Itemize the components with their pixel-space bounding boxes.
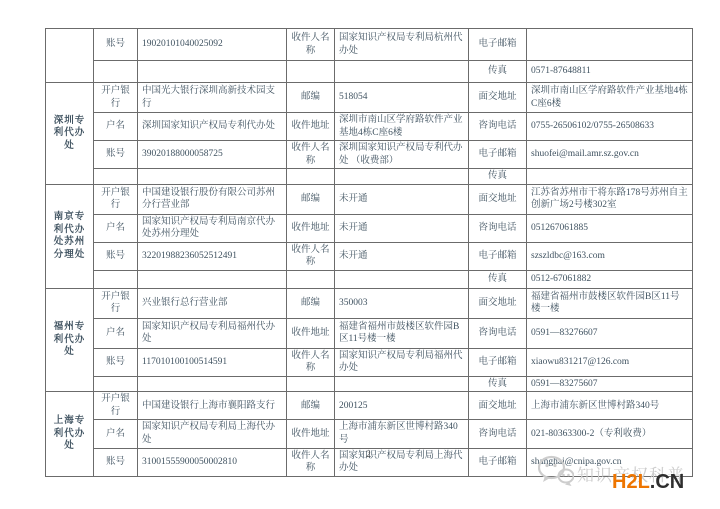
field-label-cell: 邮编 [287, 288, 335, 318]
field-label-cell [94, 61, 138, 83]
field-label-cell: 账号 [94, 141, 138, 169]
field-label-cell [94, 376, 138, 392]
field-label-cell: 开户银行 [94, 184, 138, 214]
field-label-cell [287, 169, 335, 185]
field-value-cell: szszldbc@163.com [527, 242, 693, 270]
field-value-cell: 中国建设银行上海市襄阳路支行 [138, 392, 287, 420]
field-label-cell: 账号 [94, 348, 138, 376]
field-value-cell: 117010100100514591 [138, 348, 287, 376]
field-value-cell: 350003 [335, 288, 469, 318]
field-label-cell: 收件地址 [287, 113, 335, 141]
brand-logo: H2L.CN [612, 471, 684, 494]
field-label-cell [94, 270, 138, 288]
field-value-cell: 0591—83275607 [527, 376, 693, 392]
field-value-cell: 深圳国家知识产权局专利代办处 [138, 113, 287, 141]
field-value-cell [335, 270, 469, 288]
office-name-cell [46, 29, 94, 83]
field-value-cell [138, 169, 287, 185]
field-value-cell: 0591—83276607 [527, 318, 693, 348]
field-label-cell: 咨询电话 [469, 214, 527, 242]
table-row: 户名国家知识产权局专利局福州代办处收件地址福建省福州市鼓楼区软件园B区11号楼一… [46, 318, 693, 348]
table-row: 福州专利代办处开户银行兴业银行总行营业部邮编350003面交地址福建省福州市鼓楼… [46, 288, 693, 318]
field-label-cell: 面交地址 [469, 392, 527, 420]
office-name-cell: 福州专利代办处 [46, 288, 94, 392]
table-row: 深圳专利代办处开户银行中国光大银行深圳高新技术园支行邮编518054面交地址深圳… [46, 83, 693, 113]
field-value-cell: 19020101040025092 [138, 29, 287, 61]
field-value-cell [138, 61, 287, 83]
field-label-cell: 收件地址 [287, 318, 335, 348]
patent-offices-table-body: 账号19020101040025092收件人名称国家知识产权局专利局杭州代办处电… [46, 29, 693, 477]
field-label-cell: 收件地址 [287, 420, 335, 448]
field-label-cell: 开户银行 [94, 83, 138, 113]
field-value-cell: xiaowu831217@126.com [527, 348, 693, 376]
field-label-cell: 咨询电话 [469, 113, 527, 141]
field-value-cell: 福建省福州市鼓楼区软件园B区11号楼一楼 [335, 318, 469, 348]
field-value-cell [335, 61, 469, 83]
field-value-cell: 518054 [335, 83, 469, 113]
field-value-cell: 国家知识产权局专利局福州代办处 [335, 348, 469, 376]
field-value-cell: 国家知识产权局专利局福州代办处 [138, 318, 287, 348]
field-label-cell: 账号 [94, 242, 138, 270]
wechat-icon [538, 455, 574, 492]
field-label-cell: 开户银行 [94, 392, 138, 420]
field-label-cell: 电子邮箱 [469, 348, 527, 376]
field-label-cell: 收件人名称 [287, 141, 335, 169]
field-label-cell: 面交地址 [469, 83, 527, 113]
table-row: 账号32201988236052512491收件人名称未开通电子邮箱szszld… [46, 242, 693, 270]
field-value-cell: 国家知识产权局专利局上海代办处 [138, 420, 287, 448]
field-value-cell: 中国建设银行股份有限公司苏州分行营业部 [138, 184, 287, 214]
table-row: 传真 [46, 169, 693, 185]
field-label-cell: 邮编 [287, 184, 335, 214]
field-label-cell: 传真 [469, 61, 527, 83]
field-label-cell [287, 61, 335, 83]
office-name-cell: 南京专利代办处苏州分理处 [46, 184, 94, 288]
field-value-cell [138, 270, 287, 288]
field-value-cell: 200125 [335, 392, 469, 420]
field-label-cell: 面交地址 [469, 184, 527, 214]
field-value-cell: 051267061885 [527, 214, 693, 242]
field-label-cell: 邮编 [287, 83, 335, 113]
table-row: 上海专利代办处开户银行中国建设银行上海市襄阳路支行邮编200125面交地址上海市… [46, 392, 693, 420]
field-value-cell: 深圳市南山区学府路软件产业基地4栋C座6楼 [335, 113, 469, 141]
field-label-cell: 电子邮箱 [469, 141, 527, 169]
table-row: 传真0512-67061882 [46, 270, 693, 288]
table-row: 账号117010100100514591收件人名称国家知识产权局专利局福州代办处… [46, 348, 693, 376]
field-label-cell: 收件地址 [287, 214, 335, 242]
field-label-cell [287, 376, 335, 392]
field-value-cell: 江苏省苏州市干将东路178号苏州自主创新广场2号楼302室 [527, 184, 693, 214]
table-row: 户名国家知识产权局专利局上海代办处收件地址上海市浦东新区世博村路340号咨询电话… [46, 420, 693, 448]
field-label-cell [94, 169, 138, 185]
field-value-cell: 0512-67061882 [527, 270, 693, 288]
field-value-cell: 国家知识产权局专利局杭州代办处 [335, 29, 469, 61]
field-label-cell: 户名 [94, 113, 138, 141]
field-label-cell: 咨询电话 [469, 318, 527, 348]
field-label-cell: 传真 [469, 376, 527, 392]
field-label-cell: 账号 [94, 29, 138, 61]
field-label-cell: 面交地址 [469, 288, 527, 318]
field-value-cell: 0571-87648811 [527, 61, 693, 83]
field-label-cell: 开户银行 [94, 288, 138, 318]
office-name-cell: 上海专利代办处 [46, 392, 94, 476]
field-label-cell: 传真 [469, 270, 527, 288]
patent-offices-table: 账号19020101040025092收件人名称国家知识产权局专利局杭州代办处电… [45, 28, 693, 477]
watermark: 知识产权科普 H2L.CN [538, 455, 708, 503]
field-label-cell: 传真 [469, 169, 527, 185]
brand-logo-primary: H2L [612, 471, 650, 493]
table-row: 南京专利代办处苏州分理处开户银行中国建设银行股份有限公司苏州分行营业部邮编未开通… [46, 184, 693, 214]
field-value-cell: 32201988236052512491 [138, 242, 287, 270]
field-value-cell [335, 169, 469, 185]
table-row: 户名深圳国家知识产权局专利代办处收件地址深圳市南山区学府路软件产业基地4栋C座6… [46, 113, 693, 141]
brand-logo-suffix: .CN [650, 471, 684, 493]
field-label-cell: 收件人名称 [287, 348, 335, 376]
field-value-cell: 未开通 [335, 242, 469, 270]
field-value-cell: 兴业银行总行营业部 [138, 288, 287, 318]
field-label-cell: 收件人名称 [287, 242, 335, 270]
field-value-cell [527, 29, 693, 61]
field-value-cell: 未开通 [335, 214, 469, 242]
field-value-cell: 39020188000058725 [138, 141, 287, 169]
field-value-cell [138, 376, 287, 392]
table-row: 户名国家知识产权局专利局南京代办处苏州分理处收件地址未开通咨询电话0512670… [46, 214, 693, 242]
table-row: 传真0571-87648811 [46, 61, 693, 83]
field-label-cell: 收件人名称 [287, 29, 335, 61]
field-value-cell: 福建省福州市鼓楼区软件园B区11号楼一楼 [527, 288, 693, 318]
field-label-cell: 电子邮箱 [469, 242, 527, 270]
field-label-cell: 户名 [94, 214, 138, 242]
field-value-cell: 深圳市南山区学府路软件产业基地4栋C座6楼 [527, 83, 693, 113]
field-value-cell [527, 169, 693, 185]
field-value-cell: 未开通 [335, 184, 469, 214]
field-value-cell: 021-80363300-2（专利收费） [527, 420, 693, 448]
field-value-cell: 上海市浦东新区世博村路340号 [335, 420, 469, 448]
field-label-cell: 咨询电话 [469, 420, 527, 448]
field-label-cell: 邮编 [287, 392, 335, 420]
field-label-cell: 户名 [94, 318, 138, 348]
field-label-cell: 电子邮箱 [469, 29, 527, 61]
field-value-cell: 上海市浦东新区世博村路340号 [527, 392, 693, 420]
office-name-cell: 深圳专利代办处 [46, 83, 94, 185]
field-value-cell: 0755-26506102/0755-26508633 [527, 113, 693, 141]
field-value-cell [335, 376, 469, 392]
table-row: 账号39020188000058725收件人名称深圳国家知识产权局专利代办处 （… [46, 141, 693, 169]
table-row: 账号19020101040025092收件人名称国家知识产权局专利局杭州代办处电… [46, 29, 693, 61]
field-value-cell: 深圳国家知识产权局专利代办处 （收费部） [335, 141, 469, 169]
field-value-cell: 国家知识产权局专利局南京代办处苏州分理处 [138, 214, 287, 242]
table-row: 传真0591—83275607 [46, 376, 693, 392]
field-label-cell: 户名 [94, 420, 138, 448]
field-value-cell: shuofei@mail.amr.sz.gov.cn [527, 141, 693, 169]
field-label-cell [287, 270, 335, 288]
field-value-cell: 中国光大银行深圳高新技术园支行 [138, 83, 287, 113]
